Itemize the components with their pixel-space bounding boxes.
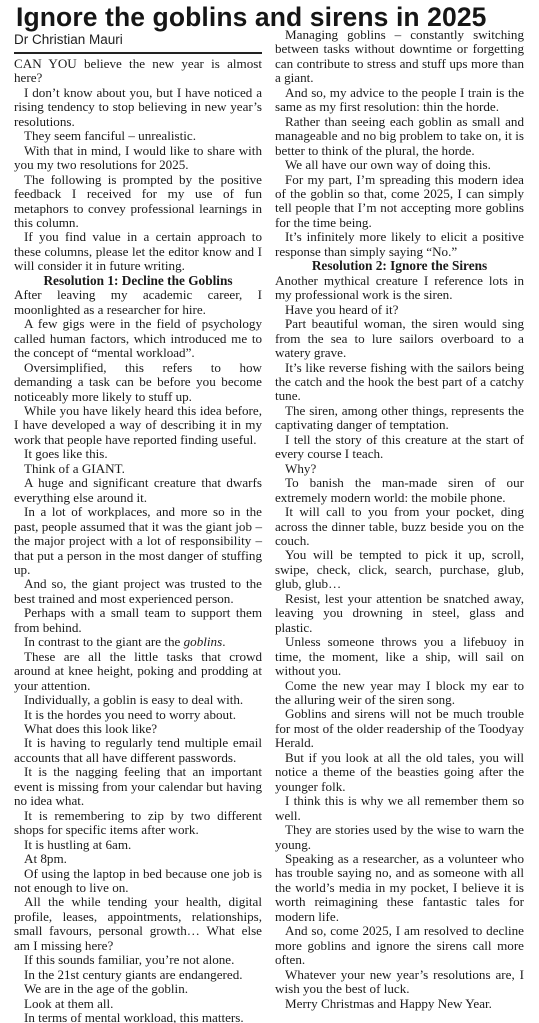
- paragraph: Why?: [275, 462, 524, 476]
- left-column: CAN YOU believe the new year is almost h…: [14, 57, 262, 1023]
- paragraph: These are all the little tasks that crow…: [14, 650, 262, 693]
- paragraph: Look at them all.: [14, 997, 262, 1011]
- paragraph: The following is prompted by the positiv…: [14, 173, 262, 231]
- paragraph: And so, the giant project was trusted to…: [14, 577, 262, 606]
- paragraph: And so, come 2025, I am resolved to decl…: [275, 924, 524, 967]
- paragraph: With that in mind, I would like to share…: [14, 144, 262, 173]
- paragraph: It goes like this.: [14, 447, 262, 461]
- paragraph: You will be tempted to pick it up, scrol…: [275, 548, 524, 591]
- paragraph: While you have likely heard this idea be…: [14, 404, 262, 447]
- paragraph: All the while tending your health, digit…: [14, 895, 262, 953]
- paragraph: It is having to regularly tend multiple …: [14, 736, 262, 765]
- paragraph: Whatever your new year’s resolutions are…: [275, 968, 524, 997]
- paragraph: I don’t know about you, but I have notic…: [14, 86, 262, 129]
- paragraph: Goblins and sirens will not be much trou…: [275, 707, 524, 750]
- paragraph: They are stories used by the wise to war…: [275, 823, 524, 852]
- paragraph: It is the hordes you need to worry about…: [14, 708, 262, 722]
- paragraph: In contrast to the giant are the goblins…: [14, 635, 262, 649]
- paragraph: Come the new year may I block my ear to …: [275, 679, 524, 708]
- paragraph: It is hustling at 6am.: [14, 838, 262, 852]
- paragraph: Speaking as a researcher, as a volunteer…: [275, 852, 524, 924]
- paragraph: Rather than seeing each goblin as small …: [275, 115, 524, 158]
- paragraph: Of using the laptop in bed because one j…: [14, 867, 262, 896]
- paragraph: Part beautiful woman, the siren would si…: [275, 317, 524, 360]
- paragraph: Individually, a goblin is easy to deal w…: [14, 693, 262, 707]
- paragraph: In the 21st century giants are endangere…: [14, 968, 262, 982]
- paragraph: For my part, I’m spreading this modern i…: [275, 173, 524, 231]
- paragraph: I think this is why we all remember them…: [275, 794, 524, 823]
- paragraph: The siren, among other things, represent…: [275, 404, 524, 433]
- paragraph: If this sounds familiar, you’re not alon…: [14, 953, 262, 967]
- paragraph: I tell the story of this creature at the…: [275, 433, 524, 462]
- emphasis: goblins: [184, 634, 223, 649]
- lead-paragraph: Another mythical creature I reference lo…: [275, 274, 524, 303]
- paragraph: At 8pm.: [14, 852, 262, 866]
- byline: Dr Christian Mauri: [14, 32, 123, 48]
- paragraph: It is the nagging feeling that an import…: [14, 765, 262, 808]
- paragraph: It is remembering to zip by two differen…: [14, 809, 262, 838]
- paragraph: In a lot of workplaces, and more so in t…: [14, 505, 262, 577]
- paragraph: It will call to you from your pocket, di…: [275, 505, 524, 548]
- paragraph: We are in the age of the goblin.: [14, 982, 262, 996]
- paragraph: In terms of mental workload, this matter…: [14, 1011, 262, 1023]
- paragraph: A huge and significant creature that dwa…: [14, 476, 262, 505]
- article-page: Ignore the goblins and sirens in 2025 Dr…: [0, 0, 539, 1023]
- paragraph: It’s like reverse fishing with the sailo…: [275, 361, 524, 404]
- paragraph: If you find value in a certain approach …: [14, 230, 262, 273]
- right-column: Managing goblins – constantly switching …: [275, 28, 524, 1011]
- lead-paragraph: CAN YOU believe the new year is almost h…: [14, 57, 262, 86]
- paragraph: We all have our own way of doing this.: [275, 158, 524, 172]
- paragraph: Resist, lest your attention be snatched …: [275, 592, 524, 635]
- paragraph: Oversimplified, this refers to how deman…: [14, 361, 262, 404]
- lead-paragraph: After leaving my academic career, I moon…: [14, 288, 262, 317]
- section-subhead: Resolution 2: Ignore the Sirens: [275, 259, 524, 274]
- paragraph: What does this look like?: [14, 722, 262, 736]
- paragraph: But if you look at all the old tales, yo…: [275, 751, 524, 794]
- byline-rule: [14, 52, 262, 54]
- paragraph: Managing goblins – constantly switching …: [275, 28, 524, 86]
- paragraph: Have you heard of it?: [275, 303, 524, 317]
- paragraph: To banish the man-made siren of our extr…: [275, 476, 524, 505]
- paragraph: Perhaps with a small team to support the…: [14, 606, 262, 635]
- paragraph: Think of a GIANT.: [14, 462, 262, 476]
- paragraph: They seem fanciful – unrealistic.: [14, 129, 262, 143]
- paragraph: A few gigs were in the field of psycholo…: [14, 317, 262, 360]
- paragraph: And so, my advice to the people I train …: [275, 86, 524, 115]
- paragraph: Merry Christmas and Happy New Year.: [275, 997, 524, 1011]
- paragraph: It’s infinitely more likely to elicit a …: [275, 230, 524, 259]
- section-subhead: Resolution 1: Decline the Goblins: [14, 274, 262, 289]
- paragraph: Unless someone throws you a lifebuoy in …: [275, 635, 524, 678]
